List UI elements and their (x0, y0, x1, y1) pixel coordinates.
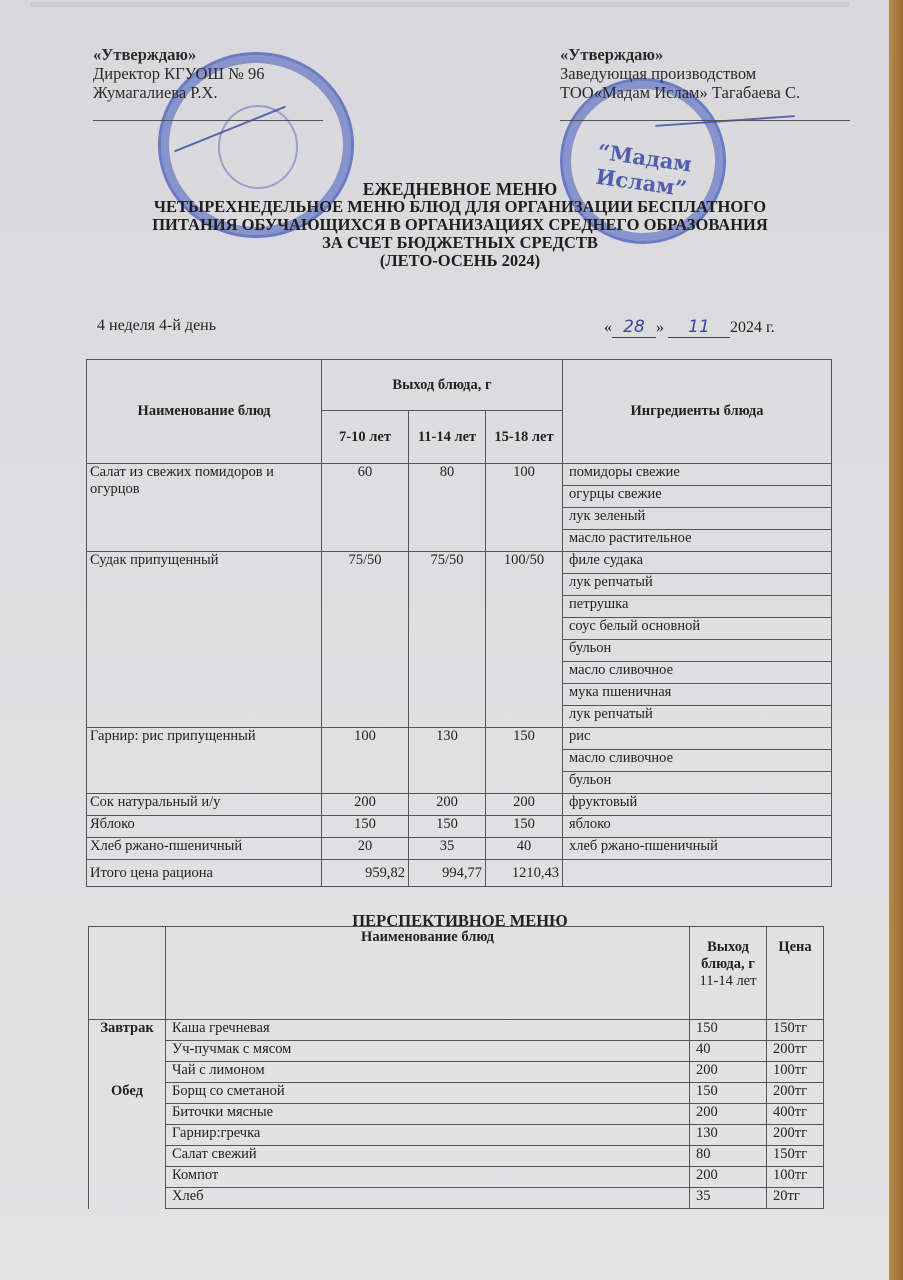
dish-output: 75/50 (322, 552, 409, 728)
ingredient: огурцы свежие (563, 486, 832, 508)
col-header-age: 15-18 лет (486, 411, 563, 464)
subtitle-line: ЧЕТЫРЕХНЕДЕЛЬНОЕ МЕНЮ БЛЮД ДЛЯ ОРГАНИЗАЦ… (80, 198, 840, 216)
dish-output: 100 (486, 464, 563, 552)
table-row: Судак припущенный75/5075/50100/50филе су… (87, 552, 832, 574)
dish-output: 35 (409, 838, 486, 860)
dish-name: Салат из свежих помидоров и огурцов (87, 464, 322, 552)
table-row: Биточки мясные200400тг (89, 1104, 824, 1125)
col-header-ingredients: Ингредиенты блюда (563, 360, 832, 464)
table-row: Гарнир: рис припущенный100130150рис (87, 728, 832, 750)
ingredient: рис (563, 728, 832, 750)
date-year: 2024 г. (730, 319, 775, 336)
approver-position: Директор КГУОШ № 96 (93, 64, 323, 83)
dish-output: 150 (409, 816, 486, 838)
dish-name: Сок натуральный и/у (87, 794, 322, 816)
subtitle-line: ЗА СЧЕТ БЮДЖЕТНЫХ СРЕДСТВ (80, 234, 840, 252)
dish-output: 150 (322, 816, 409, 838)
dish-name: Судак припущенный (87, 552, 322, 728)
table-row: Уч-пучмак с мясом40200тг (89, 1041, 824, 1062)
dish-output: 200 (690, 1167, 767, 1188)
ingredient: помидоры свежие (563, 464, 832, 486)
signature-line (93, 102, 323, 121)
col-header-output: Выход блюда, г (322, 360, 563, 411)
table-row: Гарнир:гречка130200тг (89, 1125, 824, 1146)
dish-output: 150 (690, 1020, 767, 1041)
table-row: Хлеб ржано-пшеничный203540хлеб ржано-пше… (87, 838, 832, 860)
dish-name: Гарнир:гречка (166, 1125, 690, 1146)
ingredient: масло сливочное (563, 662, 832, 684)
dish-price: 100тг (767, 1062, 824, 1083)
ingredient: фруктовый (563, 794, 832, 816)
table-row: Салат из свежих помидоров и огурцов60801… (87, 464, 832, 486)
header-row: Наименование блюдВыход блюда, гИнгредиен… (87, 360, 832, 411)
approval-heading: «Утверждаю» (560, 45, 663, 64)
output-age: 11-14 лет (693, 973, 763, 990)
dish-output: 100 (322, 728, 409, 794)
dish-output: 40 (690, 1041, 767, 1062)
table-row: Салат свежий80150тг (89, 1146, 824, 1167)
dish-name: Биточки мясные (166, 1104, 690, 1125)
dish-output: 150 (690, 1083, 767, 1104)
signature-line (560, 102, 850, 121)
dish-output: 200 (690, 1062, 767, 1083)
ingredient: масло растительное (563, 530, 832, 552)
dish-output: 130 (409, 728, 486, 794)
total-value: 994,77 (409, 860, 486, 887)
col-header-name: Наименование блюд (166, 927, 690, 1020)
dish-name: Яблоко (87, 816, 322, 838)
table-row: ЗавтракКаша гречневая150150тг (89, 1020, 824, 1041)
dish-output: 200 (690, 1104, 767, 1125)
dish-output: 100/50 (486, 552, 563, 728)
dish-output: 150 (486, 728, 563, 794)
col-header-name: Наименование блюд (87, 360, 322, 464)
dish-price: 20тг (767, 1188, 824, 1209)
dish-name: Борщ со сметаной (166, 1083, 690, 1104)
meal-label: Завтрак (89, 1020, 166, 1083)
ingredient: яблоко (563, 816, 832, 838)
ingredient: лук зеленый (563, 508, 832, 530)
date-quote-close: » (656, 319, 664, 336)
total-row: Итого цена рациона959,82994,771210,43 (87, 860, 832, 887)
dish-price: 200тг (767, 1125, 824, 1146)
dish-output: 200 (322, 794, 409, 816)
dish-output: 75/50 (409, 552, 486, 728)
ingredient: хлеб ржано-пшеничный (563, 838, 832, 860)
dish-name: Хлеб (166, 1188, 690, 1209)
dish-price: 200тг (767, 1083, 824, 1104)
dish-name: Салат свежий (166, 1146, 690, 1167)
ingredient: петрушка (563, 596, 832, 618)
page-edge-shadow (30, 2, 849, 7)
dish-output: 20 (322, 838, 409, 860)
total-empty (563, 860, 832, 887)
dish-price: 200тг (767, 1041, 824, 1062)
dish-name: Хлеб ржано-пшеничный (87, 838, 322, 860)
dish-name: Компот (166, 1167, 690, 1188)
document-title: ЕЖЕДНЕВНОЕ МЕНЮ (80, 180, 840, 198)
dish-name: Гарнир: рис припущенный (87, 728, 322, 794)
dish-output: 35 (690, 1188, 767, 1209)
approver-name: ТОО«Мадам Ислам» Тагабаева С. (560, 83, 850, 102)
table-surface (889, 0, 903, 1280)
table-row: Компот200100тг (89, 1167, 824, 1188)
total-label: Итого цена рациона (87, 860, 322, 887)
col-header-meal (89, 927, 166, 1020)
ingredient: соус белый основной (563, 618, 832, 640)
dish-name: Чай с лимоном (166, 1062, 690, 1083)
dish-price: 400тг (767, 1104, 824, 1125)
ingredient: бульон (563, 640, 832, 662)
dish-output: 80 (409, 464, 486, 552)
subtitle-line: ПИТАНИЯ ОБУЧАЮЩИХСЯ В ОРГАНИЗАЦИЯХ СРЕДН… (80, 216, 840, 234)
dish-name: Уч-пучмак с мясом (166, 1041, 690, 1062)
table-row: Яблоко150150150яблоко (87, 816, 832, 838)
approval-block-left: «Утверждаю» Директор КГУОШ № 96 Жумагали… (93, 45, 323, 121)
dish-output: 130 (690, 1125, 767, 1146)
ingredient: филе судака (563, 552, 832, 574)
season-label: (ЛЕТО-ОСЕНЬ 2024) (80, 252, 840, 270)
date-month: 11 (668, 317, 730, 338)
header-row: Наименование блюдВыход блюда, г11-14 лет… (89, 927, 824, 1020)
perspective-menu-table: Наименование блюдВыход блюда, г11-14 лет… (88, 926, 824, 1209)
output-label: Выход блюда, г (693, 939, 763, 973)
table-row: ОбедБорщ со сметаной150200тг (89, 1083, 824, 1104)
dish-price: 150тг (767, 1146, 824, 1167)
table-row: Хлеб3520тг (89, 1188, 824, 1209)
date-day: 28 (612, 317, 656, 338)
total-value: 959,82 (322, 860, 409, 887)
document-page: “Мадам Ислам” «Утверждаю» Директор КГУОШ… (0, 0, 889, 1280)
daily-menu-table: Наименование блюдВыход блюда, гИнгредиен… (86, 359, 832, 887)
dish-output: 80 (690, 1146, 767, 1167)
approval-block-right: «Утверждаю» Заведующая производством ТОО… (560, 45, 850, 121)
table-row: Чай с лимоном200100тг (89, 1062, 824, 1083)
col-header-age: 7-10 лет (322, 411, 409, 464)
approver-position: Заведующая производством (560, 64, 850, 83)
ingredient: масло сливочное (563, 750, 832, 772)
date-quote-open: « (604, 319, 612, 336)
dish-name: Каша гречневая (166, 1020, 690, 1041)
dish-output: 60 (322, 464, 409, 552)
document-date: «28» 112024 г. (604, 317, 775, 338)
total-value: 1210,43 (486, 860, 563, 887)
col-header-age: 11-14 лет (409, 411, 486, 464)
document-title-block: ЕЖЕДНЕВНОЕ МЕНЮ ЧЕТЫРЕХНЕДЕЛЬНОЕ МЕНЮ БЛ… (80, 180, 840, 270)
dish-price: 150тг (767, 1020, 824, 1041)
meal-label: Обед (89, 1083, 166, 1209)
table-row: Сок натуральный и/у200200200фруктовый (87, 794, 832, 816)
dish-output: 200 (409, 794, 486, 816)
dish-output: 150 (486, 816, 563, 838)
dish-output: 40 (486, 838, 563, 860)
dish-price: 100тг (767, 1167, 824, 1188)
dish-output: 200 (486, 794, 563, 816)
ingredient: лук репчатый (563, 574, 832, 596)
week-day-label: 4 неделя 4-й день (97, 317, 216, 335)
col-header-price: Цена (767, 927, 824, 1020)
approver-name: Жумагалиева Р.Х. (93, 83, 323, 102)
col-header-output: Выход блюда, г11-14 лет (690, 927, 767, 1020)
ingredient: бульон (563, 772, 832, 794)
ingredient: мука пшеничная (563, 684, 832, 706)
ingredient: лук репчатый (563, 706, 832, 728)
approval-heading: «Утверждаю» (93, 45, 196, 64)
